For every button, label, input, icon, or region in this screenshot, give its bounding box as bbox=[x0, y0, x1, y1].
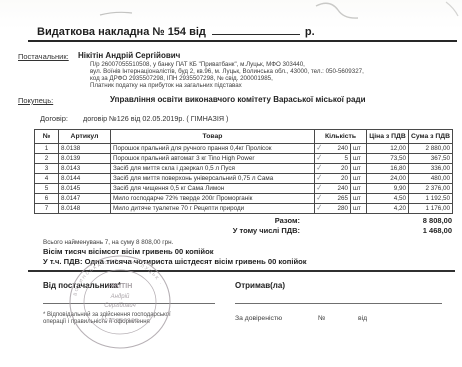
row-sum: 367,50 bbox=[409, 154, 453, 164]
items-body: 1 8.0138 Порошок пральний для ручного пр… bbox=[35, 144, 453, 214]
proxy-label: За довіреністю bbox=[235, 315, 282, 322]
table-row: 2 8.0139 Порошок пральний автомат 3 кг T… bbox=[35, 154, 453, 164]
pen-tick-mark: ✓ bbox=[315, 164, 323, 173]
row-sku: 8.0147 bbox=[59, 194, 111, 204]
total-value: 8 808,00 bbox=[360, 216, 452, 225]
header-sku: Артикул bbox=[59, 130, 111, 144]
row-quantity: ✓20 bbox=[315, 164, 351, 174]
stamp-first-name: Андрій bbox=[110, 293, 130, 300]
contract-label: Договір: bbox=[40, 114, 68, 123]
row-qty-value: 20 bbox=[341, 175, 348, 182]
pen-tick-mark: ✓ bbox=[315, 194, 323, 203]
stamp-patronymic: Сергійович bbox=[104, 302, 136, 309]
row-qty-value: 20 bbox=[341, 165, 348, 172]
items-count-line: Всього найменувань 7, на суму 8 808,00 г… bbox=[43, 239, 173, 246]
supplier-label: Постачальник: bbox=[18, 52, 69, 61]
row-price: 12,00 bbox=[367, 144, 409, 154]
row-product: Порошок пральний автомат 3 кг Tino High … bbox=[111, 154, 315, 164]
title-rule bbox=[28, 40, 457, 42]
table-row: 1 8.0138 Порошок пральний для ручного пр… bbox=[35, 144, 453, 154]
row-sku: 8.0139 bbox=[59, 154, 111, 164]
row-sku: 8.0145 bbox=[59, 184, 111, 194]
row-quantity: ✓240 bbox=[315, 144, 351, 154]
supplier-details: П/р 26007055510508, у банку ПАТ КБ "Прив… bbox=[90, 61, 364, 89]
pen-tick-mark: ✓ bbox=[315, 184, 323, 193]
row-unit: шт bbox=[351, 154, 367, 164]
supplier-detail-line: код за ДРФО 2935507298, ІПН 2935507298, … bbox=[90, 75, 364, 82]
row-unit: шт bbox=[351, 144, 367, 154]
stamp-surname: НІКІТІН bbox=[108, 283, 133, 290]
row-price: 4,50 bbox=[367, 194, 409, 204]
row-sku: 8.0144 bbox=[59, 174, 111, 184]
row-quantity: ✓240 bbox=[315, 184, 351, 194]
row-price: 24,00 bbox=[367, 174, 409, 184]
buyer-label: Покупець: bbox=[18, 96, 53, 105]
proxy-number-label: № bbox=[318, 315, 325, 322]
received-by-label: Отримав(ла) bbox=[235, 281, 285, 290]
row-sum: 1 176,00 bbox=[409, 204, 453, 214]
row-product: Засіб для миття скла і дзеркал 0,5 л Пус… bbox=[111, 164, 315, 174]
row-quantity: ✓265 bbox=[315, 194, 351, 204]
header-sum: Сума з ПДВ bbox=[409, 130, 453, 144]
pen-tick-mark: ✓ bbox=[315, 204, 323, 213]
row-product: Мило дитяче туалетне 70 г Рецепти природ… bbox=[111, 204, 315, 214]
row-unit: шт bbox=[351, 164, 367, 174]
table-header-row: № Артикул Товар Кількість Ціна з ПДВ Сум… bbox=[35, 130, 453, 144]
receiver-signature-line bbox=[235, 303, 442, 304]
total-label: Разом: bbox=[140, 216, 300, 225]
invoice-document: Видаткова накладна № 154 відр. Постачаль… bbox=[0, 0, 462, 367]
round-stamp: ВОЛИНСЬКА ОБЛ. · М. ЛУЦЬК · НІКІТІН Андр… bbox=[62, 250, 178, 354]
table-row: 6 8.0147 Мило господарче 72% тверде 200г… bbox=[35, 194, 453, 204]
row-number: 6 bbox=[35, 194, 59, 204]
row-sku: 8.0143 bbox=[59, 164, 111, 174]
table-row: 7 8.0148 Мило дитяче туалетне 70 г Рецеп… bbox=[35, 204, 453, 214]
vat-label: У тому числі ПДВ: bbox=[140, 226, 300, 235]
row-sku: 8.0138 bbox=[59, 144, 111, 154]
row-number: 5 bbox=[35, 184, 59, 194]
row-price: 16,80 bbox=[367, 164, 409, 174]
row-sum: 480,00 bbox=[409, 174, 453, 184]
title-suffix: р. bbox=[305, 26, 315, 38]
row-price: 9,90 bbox=[367, 184, 409, 194]
supplier-detail-line: Платник податку на прибуток на загальних… bbox=[90, 82, 364, 89]
contract-value: договір №126 від 02.05.2019р. ( ГІМНАЗІЯ… bbox=[83, 114, 228, 123]
row-qty-value: 240 bbox=[337, 145, 348, 152]
row-number: 4 bbox=[35, 174, 59, 184]
title-text: Видаткова накладна № 154 від bbox=[37, 26, 206, 38]
row-product: Порошок пральний для ручного прання 0,4к… bbox=[111, 144, 315, 154]
table-row: 5 8.0145 Засіб для чищення 0,5 кг Сама Л… bbox=[35, 184, 453, 194]
row-sum: 2 880,00 bbox=[409, 144, 453, 154]
page-title: Видаткова накладна № 154 відр. bbox=[37, 24, 315, 38]
row-sum: 336,00 bbox=[409, 164, 453, 174]
row-unit: шт bbox=[351, 204, 367, 214]
proxy-from-label: від bbox=[358, 315, 367, 322]
vat-value: 1 468,00 bbox=[360, 226, 452, 235]
row-quantity: ✓20 bbox=[315, 174, 351, 184]
row-sku: 8.0148 bbox=[59, 204, 111, 214]
supplier-name: Нікітін Андрій Сергійович bbox=[78, 51, 180, 60]
date-blank-line bbox=[212, 24, 300, 35]
row-number: 7 bbox=[35, 204, 59, 214]
header-qty: Кількість bbox=[315, 130, 367, 144]
buyer-name: Управління освіти виконавчого комітету В… bbox=[110, 95, 365, 104]
row-unit: шт bbox=[351, 174, 367, 184]
row-product: Засіб для миття поверхонь універсальний … bbox=[111, 174, 315, 184]
pen-tick-mark: ✓ bbox=[315, 174, 323, 183]
supplier-detail-line: П/р 26007055510508, у банку ПАТ КБ "Прив… bbox=[90, 61, 364, 68]
row-product: Мило господарче 72% тверде 200г Проморга… bbox=[111, 194, 315, 204]
row-number: 1 bbox=[35, 144, 59, 154]
row-number: 2 bbox=[35, 154, 59, 164]
items-table: № Артикул Товар Кількість Ціна з ПДВ Сум… bbox=[34, 129, 453, 214]
row-qty-value: 265 bbox=[337, 195, 348, 202]
row-qty-value: 240 bbox=[337, 185, 348, 192]
row-qty-value: 5 bbox=[344, 155, 348, 162]
row-sum: 2 376,00 bbox=[409, 184, 453, 194]
row-quantity: ✓5 bbox=[315, 154, 351, 164]
row-quantity: ✓280 bbox=[315, 204, 351, 214]
row-price: 73,50 bbox=[367, 154, 409, 164]
row-product: Засіб для чищення 0,5 кг Сама Лимон bbox=[111, 184, 315, 194]
row-number: 3 bbox=[35, 164, 59, 174]
stamp-tax-number: 2935507298 bbox=[101, 318, 139, 324]
pen-tick-mark: ✓ bbox=[315, 144, 323, 153]
header-num: № bbox=[35, 130, 59, 144]
header-product: Товар bbox=[111, 130, 315, 144]
row-price: 4,20 bbox=[367, 204, 409, 214]
header-price: Ціна з ПДВ bbox=[367, 130, 409, 144]
row-unit: шт bbox=[351, 184, 367, 194]
row-qty-value: 280 bbox=[337, 205, 348, 212]
table-row: 4 8.0144 Засіб для миття поверхонь уніве… bbox=[35, 174, 453, 184]
pen-tick-mark: ✓ bbox=[315, 154, 323, 163]
table-row: 3 8.0143 Засіб для миття скла і дзеркал … bbox=[35, 164, 453, 174]
row-unit: шт bbox=[351, 194, 367, 204]
row-sum: 1 192,50 bbox=[409, 194, 453, 204]
supplier-detail-line: вул. Воїнів Інтернаціоналістів, буд 2, к… bbox=[90, 68, 364, 75]
